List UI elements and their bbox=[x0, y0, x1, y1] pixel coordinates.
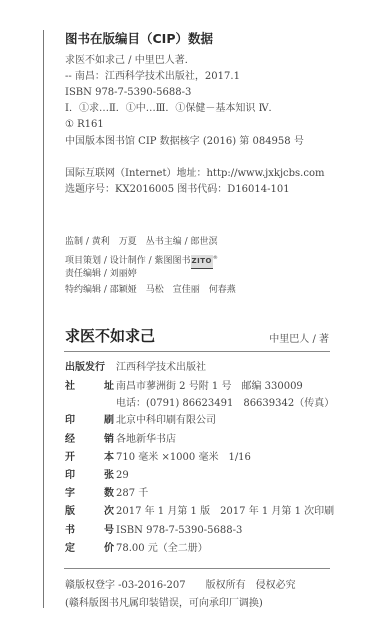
imprint-label-char: 开 bbox=[65, 451, 75, 465]
imprint-label: 经销 bbox=[65, 433, 116, 447]
imprint-value: 287 千 bbox=[116, 487, 148, 501]
imprint-label: 印刷 bbox=[65, 414, 116, 428]
imprint-label-char: 出版发行 bbox=[65, 361, 105, 375]
imprint-row: 版次2017 年 1 月第 1 版 2017 年 1 月第 1 次印刷 bbox=[65, 505, 334, 519]
imprint-value: 江西科学技术出版社 bbox=[116, 361, 206, 375]
imprint-label: 社址 bbox=[65, 380, 116, 394]
imprint-row: 出版发行江西科学技术出版社 bbox=[65, 361, 206, 375]
imprint-label: 书号 bbox=[65, 524, 116, 538]
imprint-label-char: 次 bbox=[104, 505, 114, 519]
cip-title: 图书在版编目（CIP）数据 bbox=[65, 29, 213, 47]
imprint-label: 开本 bbox=[65, 451, 116, 465]
copyright-registration: 赣版权登字 -03-2016-207 版权所有 侵权必究 bbox=[65, 579, 296, 593]
imprint-label-char: 本 bbox=[104, 451, 114, 465]
footer-divider bbox=[64, 568, 330, 569]
credit-planning: 项目策划 / 设计制作 / 紫图图书ZITO® bbox=[65, 252, 218, 269]
imprint-row: 印刷北京中科印刷有限公司 bbox=[65, 414, 216, 428]
credit-planning-text: 项目策划 / 设计制作 / 紫图图书 bbox=[65, 256, 191, 266]
imprint-label-char: 销 bbox=[104, 433, 114, 447]
credit-special-editors: 特约编辑 / 邵颖娅 马松 宣佳丽 何春燕 bbox=[65, 284, 236, 297]
zito-logo: ZITO bbox=[191, 255, 213, 269]
cip-line: 中国版本图书馆 CIP 数据核字 (2016) 第 084958 号 bbox=[65, 135, 304, 149]
imprint-row: 经销各地新华书店 bbox=[65, 433, 176, 447]
imprint-label-char: 刷 bbox=[104, 414, 114, 428]
imprint-row: 字数287 千 bbox=[65, 487, 148, 501]
imprint-label-char: 印 bbox=[65, 469, 75, 483]
imprint-label: 出版发行 bbox=[65, 361, 116, 375]
imprint-label: 定价 bbox=[65, 542, 116, 556]
imprint-value: ISBN 978-7-5390-5688-3 bbox=[116, 524, 242, 538]
imprint-label-char: 版 bbox=[65, 505, 75, 519]
cip-line: 求医不如求己 / 中里巴人著． bbox=[65, 54, 195, 68]
imprint-value: 2017 年 1 月第 1 版 2017 年 1 月第 1 次印刷 bbox=[116, 505, 334, 519]
imprint-value: 29 bbox=[116, 469, 129, 483]
imprint-value: 电话：(0791) 86623491 86639342（传真） bbox=[116, 397, 334, 411]
cip-line: Ⅰ．①求…Ⅱ．①中…Ⅲ．①保健－基本知识 Ⅳ． bbox=[65, 102, 279, 116]
topic-and-book-code: 选题序号：KX2016005 图书代码：D16014-101 bbox=[65, 183, 290, 197]
cip-line: ① R161 bbox=[65, 118, 104, 132]
imprint-label-char: 印 bbox=[65, 414, 75, 428]
cip-line: ISBN 978-7-5390-5688-3 bbox=[65, 86, 191, 100]
registered-mark: ® bbox=[213, 255, 218, 261]
imprint-value: 南昌市蓼洲街 2 号附 1 号 邮编 330009 bbox=[116, 380, 303, 394]
imprint-label bbox=[65, 397, 116, 411]
imprint-label-char: 字 bbox=[65, 487, 75, 501]
imprint-label-char: 址 bbox=[104, 380, 114, 394]
left-margin-rule bbox=[43, 30, 44, 608]
imprint-value: 各地新华书店 bbox=[116, 433, 176, 447]
imprint-label-char: 数 bbox=[104, 487, 114, 501]
imprint-row: 印张29 bbox=[65, 469, 129, 483]
imprint-row: 电话：(0791) 86623491 86639342（传真） bbox=[65, 397, 334, 411]
cip-line: -- 南昌：江西科学技术出版社，2017.1 bbox=[65, 70, 240, 84]
imprint-label: 版次 bbox=[65, 505, 116, 519]
book-title: 求医不如求己 bbox=[65, 325, 155, 346]
imprint-label-char: 号 bbox=[104, 524, 114, 538]
imprint-label-char: 书 bbox=[65, 524, 75, 538]
internet-address: 国际互联网（Internet）地址：http://www.jxkjcbs.com bbox=[65, 167, 324, 181]
imprint-label: 字数 bbox=[65, 487, 116, 501]
imprint-label-char: 经 bbox=[65, 433, 75, 447]
imprint-row: 社址南昌市蓼洲街 2 号附 1 号 邮编 330009 bbox=[65, 380, 303, 394]
imprint-value: 北京中科印刷有限公司 bbox=[116, 414, 216, 428]
imprint-label-char: 社 bbox=[65, 380, 75, 394]
imprint-label: 印张 bbox=[65, 469, 116, 483]
imprint-label-char: 张 bbox=[104, 469, 114, 483]
credit-supervision: 监制 / 黄利 万夏 丛书主编 / 郎世溟 bbox=[65, 236, 218, 249]
imprint-label-char: 价 bbox=[104, 542, 114, 556]
book-author: 中里巴人 / 著 bbox=[269, 330, 329, 345]
imprint-label-char: 定 bbox=[65, 542, 75, 556]
imprint-value: 78.00 元（全二册） bbox=[116, 542, 208, 556]
imprint-row: 开本710 毫米 ×1000 毫米 1/16 bbox=[65, 451, 251, 465]
imprint-value: 710 毫米 ×1000 毫米 1/16 bbox=[116, 451, 251, 465]
imprint-row: 定价78.00 元（全二册） bbox=[65, 542, 208, 556]
credit-editor: 责任编辑 / 刘丽婷 bbox=[65, 268, 137, 281]
title-divider bbox=[64, 351, 330, 352]
print-error-notice: (赣科版图书凡属印装错误，可向承印厂调换) bbox=[65, 597, 263, 611]
imprint-row: 书号ISBN 978-7-5390-5688-3 bbox=[65, 524, 242, 538]
